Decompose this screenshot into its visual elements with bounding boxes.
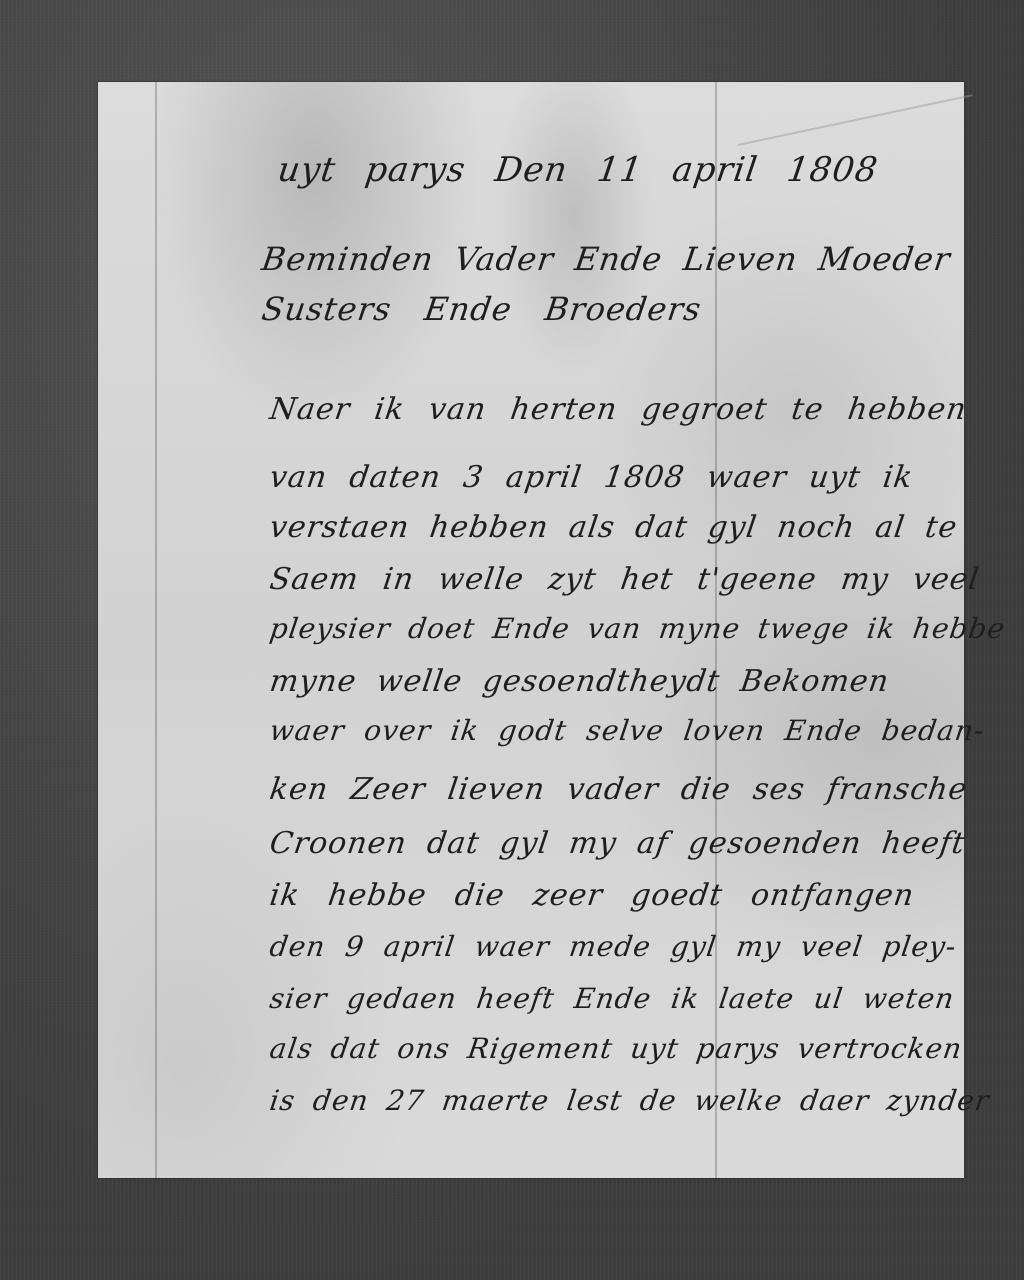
letter-body-line-6: myne welle gesoendtheydt Bekomen: [268, 664, 892, 699]
letter-body-line-12: sier gedaen heeft Ende ik laete ul weten: [268, 982, 957, 1015]
letter-body-line-8: ken Zeer lieven vader die ses fransche: [268, 772, 970, 807]
letter-body-line-4: Saem in welle zyt het t'geene my veel: [268, 562, 982, 597]
letter-body-line-2: van daten 3 april 1808 waer uyt ik: [268, 460, 916, 495]
letter-body-line-7: waer over ik godt selve loven Ende bedan…: [268, 714, 987, 747]
paper-crease: [738, 94, 973, 146]
fold-line: [155, 82, 157, 1178]
letter-body-line-3: verstaen hebben als dat gyl noch al te: [268, 510, 960, 545]
letter-salutation-line1: Beminden Vader Ende Lieven Moeder: [259, 240, 953, 278]
letter-place-date: uyt parys Den 11 april 1808: [275, 150, 880, 190]
letter-body-line-14: is den 27 maerte lest de welke daer zynd…: [268, 1084, 992, 1117]
letter-salutation-line2: Susters Ende Broeders: [259, 290, 704, 328]
letter-body-line-13: als dat ons Rigement uyt parys vertrocke…: [268, 1032, 965, 1065]
letter-body-line-11: den 9 april waer mede gyl my veel pley-: [268, 930, 959, 963]
letter-body-line-10: ik hebbe die zeer goedt ontfangen: [268, 878, 917, 913]
letter-body-line-1: Naer ik van herten gegroet te hebben: [268, 392, 970, 427]
letter-body-line-9: Croonen dat gyl my af gesoenden heeft: [268, 826, 968, 861]
letter-body-line-5: pleysier doet Ende van myne twege ik heb…: [268, 612, 1008, 645]
